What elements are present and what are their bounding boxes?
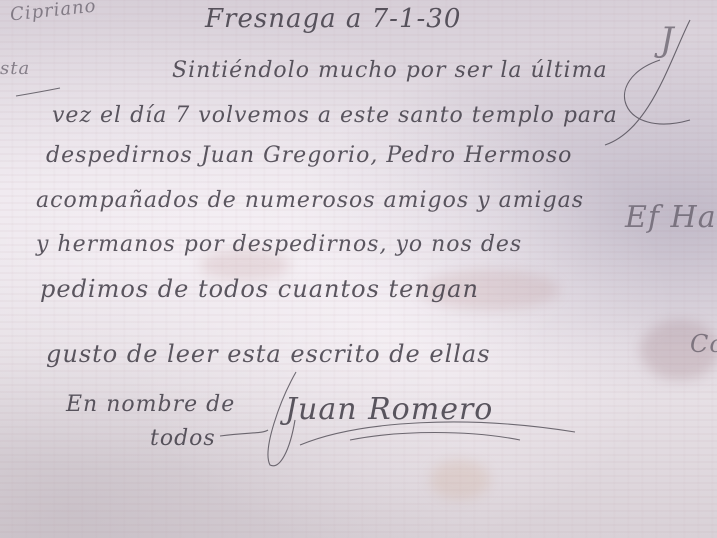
wall-photo: Cipriano sta J Ef Ha Co Fresnaga a 7-1-3…	[0, 0, 717, 538]
closing-line: En nombre de	[66, 392, 235, 417]
inscription-line: Sintiéndolo mucho por ser la última	[172, 58, 608, 83]
inscription-line: y hermanos por despedirnos, yo nos des	[36, 232, 522, 257]
inscription-heading: Fresnaga a 7-1-30	[205, 4, 461, 34]
margin-note-right-mid: Ef Ha	[625, 200, 717, 235]
margin-note-left: sta	[0, 58, 30, 79]
inscription-line: acompañados de numerosos amigos y amigas	[36, 188, 584, 213]
margin-note-right-low: Co	[690, 330, 717, 358]
inscription-line: despedirnos Juan Gregorio, Pedro Hermoso	[46, 143, 572, 168]
signature: Juan Romero	[285, 392, 493, 427]
stain	[430, 460, 490, 500]
inscription-line: pedimos de todos cuantos tengan	[40, 275, 479, 303]
closing-line: todos	[150, 426, 216, 451]
margin-note-right-top: J	[660, 20, 675, 60]
inscription-line: vez el día 7 volvemos a este santo templ…	[52, 103, 618, 128]
inscription-line: gusto de leer esta escrito de ellas	[46, 340, 491, 368]
margin-note-top-left: Cipriano	[9, 0, 97, 25]
